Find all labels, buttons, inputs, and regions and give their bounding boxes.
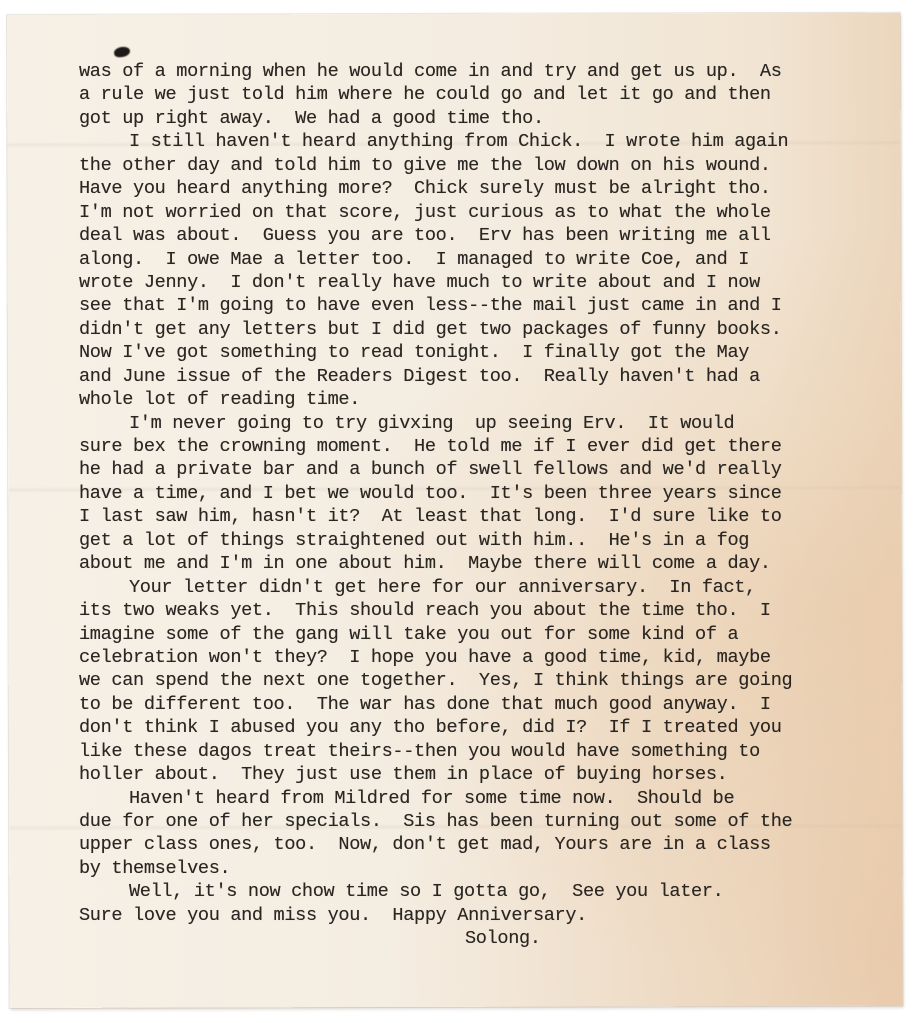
letter-line: deal was about. Guess you are too. Erv h… [79, 224, 899, 247]
letter-line: I'm not worried on that score, just curi… [79, 201, 899, 224]
letter-line: Now I've got something to read tonight. … [79, 341, 899, 364]
letter-line: sure bex the crowning moment. He told me… [79, 435, 899, 458]
letter-line: Sure love you and miss you. Happy Annive… [79, 904, 899, 927]
letter-line: along. I owe Mae a letter too. I managed… [79, 248, 899, 271]
letter-line: and June issue of the Readers Digest too… [79, 365, 899, 388]
letter-line: get a lot of things straightened out wit… [79, 529, 899, 552]
letter-line: I'm never going to try givxing up seeing… [79, 412, 899, 435]
letter-line: Have you heard anything more? Chick sure… [79, 177, 899, 200]
letter-line: celebration won't they? I hope you have … [79, 646, 899, 669]
letter-line: upper class ones, too. Now, don't get ma… [79, 833, 899, 856]
letter-line: a rule we just told him where he could g… [79, 83, 899, 106]
letter-line: like these dagos treat theirs--then you … [79, 740, 899, 763]
letter-line: Well, it's now chow time so I gotta go, … [79, 880, 899, 903]
letter-line: have a time, and I bet we would too. It'… [79, 482, 899, 505]
letter-line: I last saw him, hasn't it? At least that… [79, 505, 899, 528]
letter-line: about me and I'm in one about him. Maybe… [79, 552, 899, 575]
letter-line: to be different too. The war has done th… [79, 693, 899, 716]
letter-line: by themselves. [79, 857, 899, 880]
letter-line: I still haven't heard anything from Chic… [79, 130, 899, 153]
letter-line: imagine some of the gang will take you o… [79, 623, 899, 646]
letter-line: its two weaks yet. This should reach you… [79, 599, 899, 622]
letter-line: due for one of her specials. Sis has bee… [79, 810, 899, 833]
letter-line: didn't get any letters but I did get two… [79, 318, 899, 341]
letter-line: wrote Jenny. I don't really have much to… [79, 271, 899, 294]
letter-body: was of a morning when he would come in a… [79, 60, 899, 951]
letter-line: got up right away. We had a good time th… [79, 107, 899, 130]
letter-line: Haven't heard from Mildred for some time… [79, 787, 899, 810]
letter-line: see that I'm going to have even less--th… [79, 294, 899, 317]
letter-line: Your letter didn't get here for our anni… [79, 576, 899, 599]
letter-line: we can spend the next one together. Yes,… [79, 669, 899, 692]
letter-signoff: Solong. [79, 927, 899, 950]
letter-line: whole lot of reading time. [79, 388, 899, 411]
letter-line: holler about. They just use them in plac… [79, 763, 899, 786]
letter-line: he had a private bar and a bunch of swel… [79, 458, 899, 481]
letter-line: the other day and told him to give me th… [79, 154, 899, 177]
letter-line: was of a morning when he would come in a… [79, 60, 899, 83]
letter-line: don't think I abused you any tho before,… [79, 716, 899, 739]
